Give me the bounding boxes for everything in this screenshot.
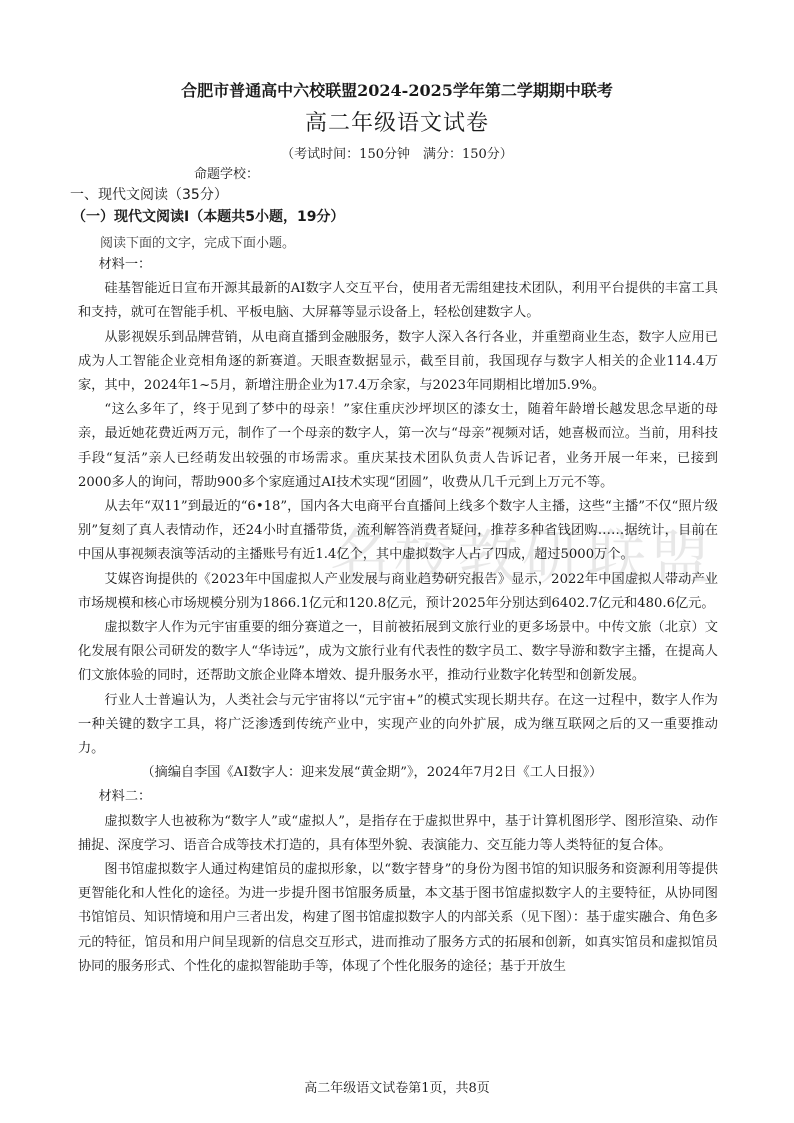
exam-page: 合肥市普通高中六校联盟2024-2025学年第二学期期中联考 高二年级语文试卷 … (0, 0, 794, 1123)
school-label: 命题学校： (194, 163, 259, 182)
material-two-label: 材料二： (78, 785, 718, 809)
paragraph: 硅基智能近日宣布开源其最新的AI数字人交互平台，使用者无需组建技术团队，利用平台… (78, 277, 718, 325)
source-citation: （摘编自李国《AI数字人：迎来发展“黄金期”》，2024年7月2日《工人日报》） (78, 761, 718, 785)
paragraph: 行业人士普遍认为，人类社会与元宇宙将以“元宇宙+”的模式实现长期共存。在这一过程… (78, 689, 718, 762)
paragraph: 图书馆虚拟数字人通过构建馆员的虚拟形象，以“数字替身”的身份为图书馆的知识服务和… (78, 858, 718, 979)
exam-header-title: 合肥市普通高中六校联盟2024-2025学年第二学期期中联考 (0, 78, 794, 101)
paragraph: 从影视娱乐到品牌营销，从电商直播到金融服务，数字人深入各行各业，并重塑商业生态，… (78, 326, 718, 399)
material-one-label: 材料一： (78, 253, 718, 277)
paragraph: 艾媒咨询提供的《2023年中国虚拟人产业发展与商业趋势研究报告》显示，2022年… (78, 568, 718, 616)
section-heading: 一、现代文阅读（35分） (70, 184, 228, 204)
reading-instruction: 阅读下面的文字，完成下面小题。 (100, 232, 295, 251)
subsection-heading: （一）现代文阅读Ⅰ（本题共5小题，19分） (72, 206, 344, 226)
page-footer: 高二年级语文试卷第1页，共8页 (0, 1077, 794, 1096)
reading-passage: 材料一： 硅基智能近日宣布开源其最新的AI数字人交互平台，使用者无需组建技术团队… (78, 253, 718, 979)
paragraph: 虚拟数字人也被称为“数字人”或“虚拟人”，是指存在于虚拟世界中，基于计算机图形学… (78, 810, 718, 858)
paragraph: 虚拟数字人作为元宇宙重要的细分赛道之一，目前被拓展到文旅行业的更多场景中。中传文… (78, 616, 718, 689)
exam-subject-title: 高二年级语文试卷 (0, 106, 794, 137)
paragraph: “这么多年了，终于见到了梦中的母亲！”家住重庆沙坪坝区的漆女士，随着年龄增长越发… (78, 398, 718, 495)
paragraph: 从去年“双11”到最近的“6•18”，国内各大电商平台直播间上线多个数字人主播，… (78, 495, 718, 568)
exam-time-score-info: （考试时间：150分钟 满分：150分） (0, 143, 794, 162)
